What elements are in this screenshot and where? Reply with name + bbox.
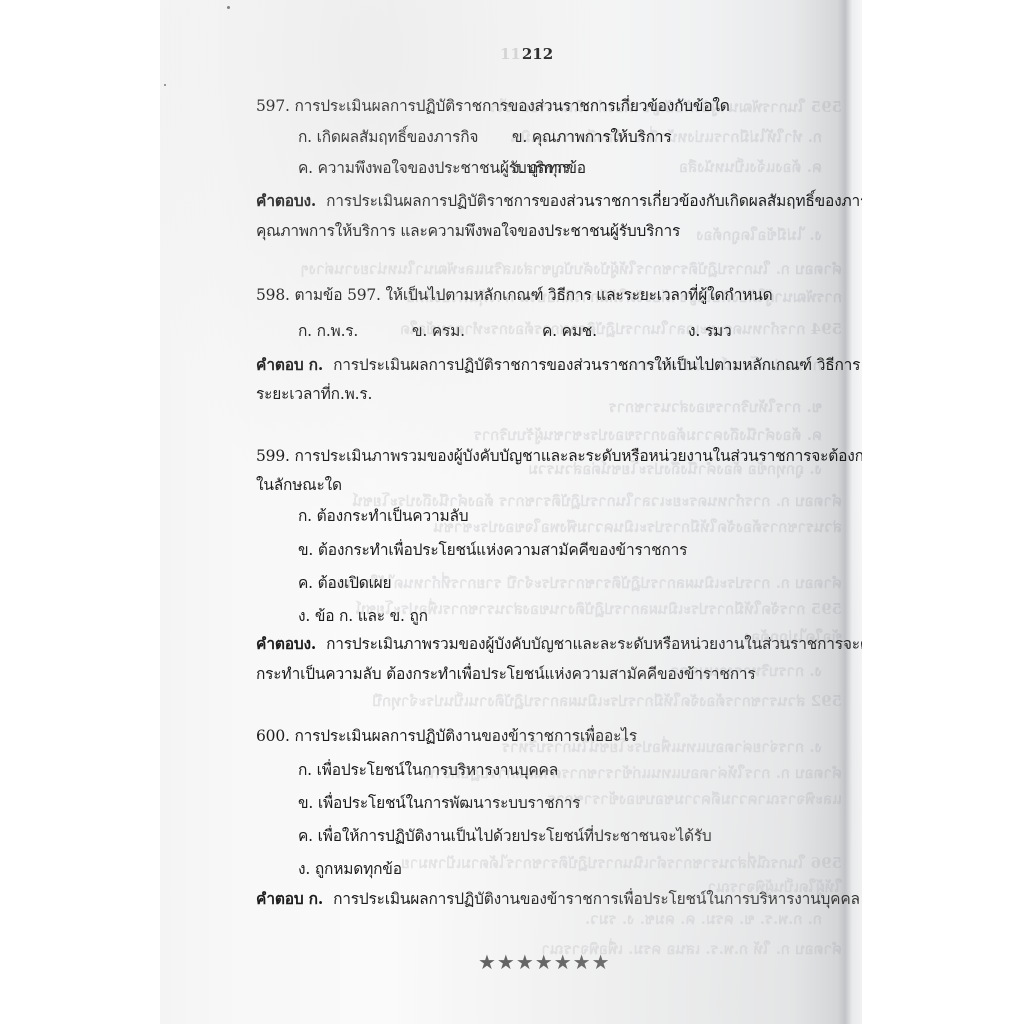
answer: คำตอบ ก.การประเมินผลการปฏิบัติงานของข้าร… xyxy=(256,886,860,911)
document-page: 595 ในการพัฒนาผู้บังคับบัญชาต้องดำเนินกา… xyxy=(160,0,862,1024)
answer-continued: คุณภาพการให้บริการ และความพึงพอใจของประช… xyxy=(256,218,680,243)
answer-continued: ระยะเวลาที่ก.พ.ร. xyxy=(256,381,372,406)
answer: คำตอบง.การประเมินผลการปฏิบัติราชการของส่… xyxy=(256,188,862,213)
answer: คำตอบ ก.การประเมินผลการปฏิบัติราชการของส… xyxy=(256,352,862,377)
scan-speck xyxy=(227,6,230,9)
choice: ข. ครม. xyxy=(412,318,465,343)
footer-star-ornament: ★★★★★★★ xyxy=(478,950,611,974)
page-content: 11212 597. การประเมินผลการปฏิบัติราชการข… xyxy=(160,0,862,1024)
choice: ค. คมช. xyxy=(542,318,597,343)
choice: ก. ก.พ.ร. xyxy=(298,318,358,343)
question-text: 599. การประเมินภาพรวมของผู้บังคับบัญชาแล… xyxy=(256,443,862,468)
choice: ก. ต้องกระทำเป็นความลับ xyxy=(298,503,468,528)
choice: ง. ข้อ ก. และ ข. ถูก xyxy=(298,603,428,628)
choice: ก. เกิดผลสัมฤทธิ์ของภารกิจ xyxy=(298,124,478,149)
answer: คำตอบง.การประเมินภาพรวมของผู้บังคับบัญชา… xyxy=(256,631,862,656)
question-text: 597. การประเมินผลการปฏิบัติราชการของส่วน… xyxy=(256,93,730,118)
page-number: 11212 xyxy=(500,45,553,63)
choice: ง. รมว xyxy=(688,318,731,343)
choice: ง. ถูกทุกข้อ xyxy=(512,155,586,180)
choice: ข. ต้องกระทำเพื่อประโยชน์แห่งความสามัคคี… xyxy=(298,537,687,562)
choice: ค. เพื่อให้การปฏิบัติงานเป็นไปด้วยประโยช… xyxy=(298,823,712,848)
choice: ข. เพื่อประโยชน์ในการพัฒนาระบบราชการ xyxy=(298,790,580,815)
choice: ง. ถูกหมดทุกข้อ xyxy=(298,856,402,881)
question-text: 598. ตามข้อ 597. ให้เป็นไปตามหลักเกณฑ์ ว… xyxy=(256,282,773,307)
choice: ข. คุณภาพการให้บริการ xyxy=(512,124,672,149)
question-text: 600. การประเมินผลการปฏิบัติงานของข้าราชก… xyxy=(256,723,637,748)
scanned-document: 595 ในการพัฒนาผู้บังคับบัญชาต้องดำเนินกา… xyxy=(0,0,1024,1024)
question-text-continued: ในลักษณะใด xyxy=(256,472,342,497)
choice: ก. เพื่อประโยชน์ในการบริหารงานบุคคล xyxy=(298,757,558,782)
answer-continued: กระทำเป็นความลับ ต้องกระทำเพื่อประโยชน์แ… xyxy=(256,661,756,686)
scan-speck xyxy=(164,84,166,86)
choice: ค. ต้องเปิดเผย xyxy=(298,570,391,595)
